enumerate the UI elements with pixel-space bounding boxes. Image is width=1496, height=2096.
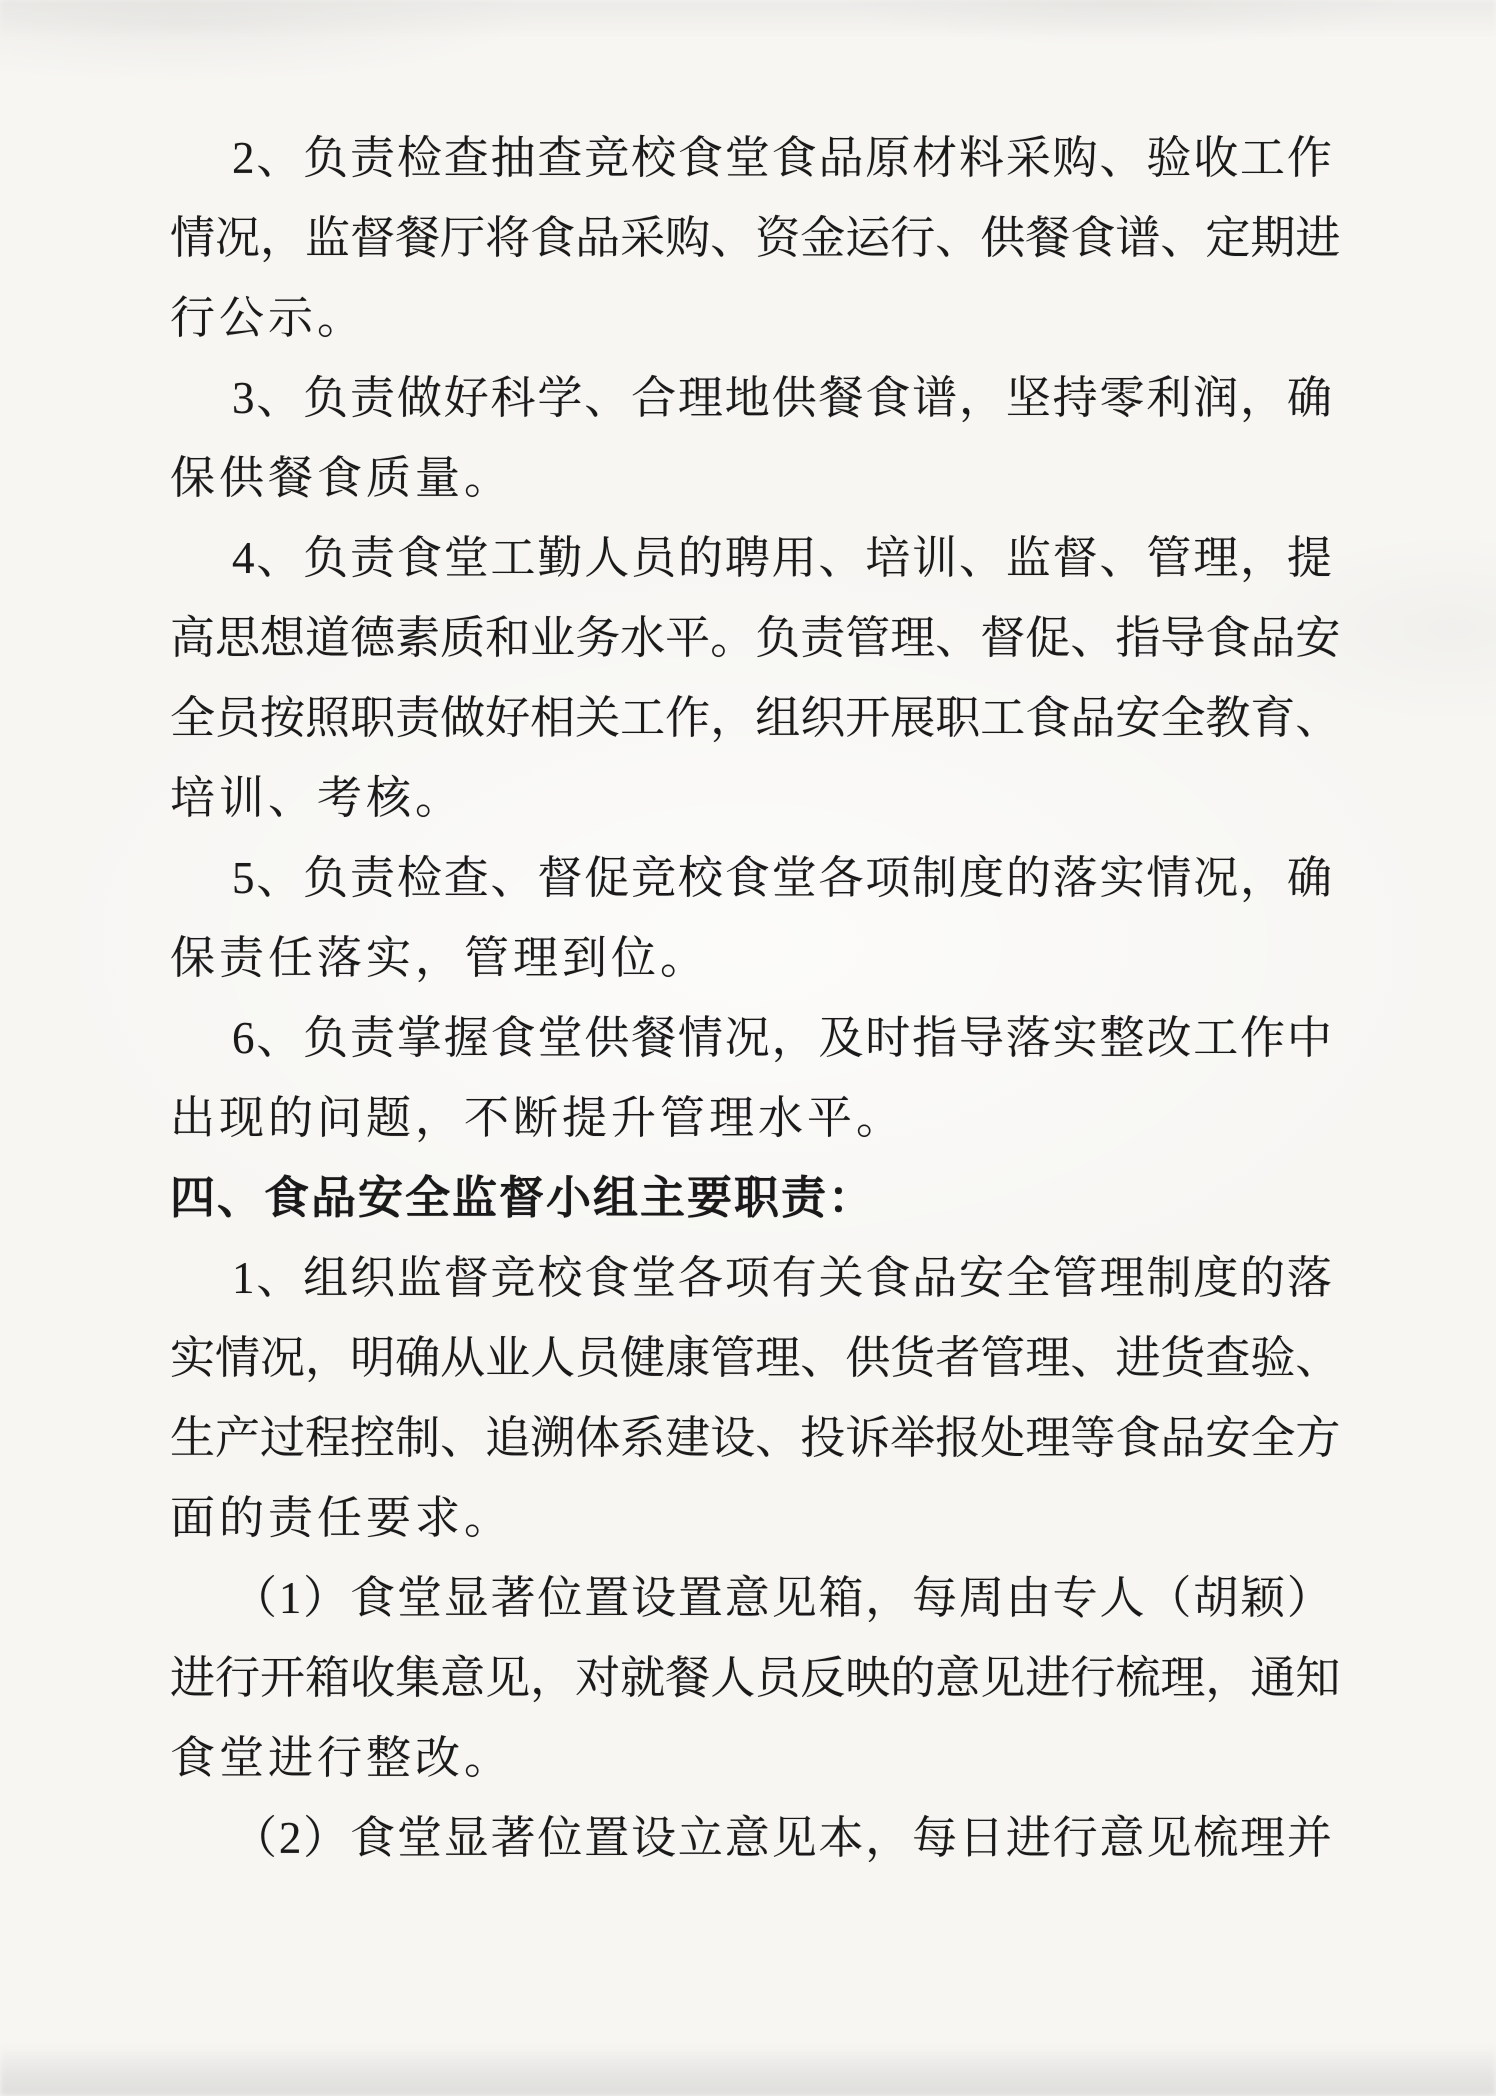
text-line: 食堂进行整改。 — [170, 1718, 1332, 1798]
text-line: 进行开箱收集意见，对就餐人员反映的意见进行梳理，通知 — [170, 1638, 1332, 1718]
text-line: 高思想道德素质和业务水平。负责管理、督促、指导食品安 — [170, 598, 1332, 678]
text-line: 保责任落实，管理到位。 — [170, 918, 1332, 998]
paragraph: （2）食堂显著位置设立意见本，每日进行意见梳理并 — [170, 1798, 1332, 1878]
text-line: 1、组织监督竞校食堂各项有关食品安全管理制度的落 — [170, 1238, 1332, 1318]
text-line: 出现的问题，不断提升管理水平。 — [170, 1078, 1332, 1158]
text-line: 5、负责检查、督促竞校食堂各项制度的落实情况，确 — [170, 838, 1332, 918]
text-line: 4、负责食堂工勤人员的聘用、培训、监督、管理，提 — [170, 518, 1332, 598]
document-content: 2、负责检查抽查竞校食堂食品原材料采购、验收工作情况，监督餐厅将食品采购、资金运… — [170, 118, 1332, 1878]
section-heading: 四、食品安全监督小组主要职责： — [170, 1158, 1332, 1238]
text-line: 6、负责掌握食堂供餐情况，及时指导落实整改工作中 — [170, 998, 1332, 1078]
text-line: 3、负责做好科学、合理地供餐食谱，坚持零利润，确 — [170, 358, 1332, 438]
text-line: 情况，监督餐厅将食品采购、资金运行、供餐食谱、定期进 — [170, 198, 1332, 278]
text-line: 培训、考核。 — [170, 758, 1332, 838]
text-line: （2）食堂显著位置设立意见本，每日进行意见梳理并 — [170, 1798, 1332, 1878]
scan-artifact-bottom — [0, 2044, 1496, 2096]
paragraph: 6、负责掌握食堂供餐情况，及时指导落实整改工作中出现的问题，不断提升管理水平。 — [170, 998, 1332, 1158]
paragraph: 4、负责食堂工勤人员的聘用、培训、监督、管理，提高思想道德素质和业务水平。负责管… — [170, 518, 1332, 838]
text-line: 生产过程控制、追溯体系建设、投诉举报处理等食品安全方 — [170, 1398, 1332, 1478]
text-line: （1）食堂显著位置设置意见箱，每周由专人（胡颖） — [170, 1558, 1332, 1638]
text-line: 面的责任要求。 — [170, 1478, 1332, 1558]
paragraph: （1）食堂显著位置设置意见箱，每周由专人（胡颖）进行开箱收集意见，对就餐人员反映… — [170, 1558, 1332, 1798]
text-line: 2、负责检查抽查竞校食堂食品原材料采购、验收工作 — [170, 118, 1332, 198]
text-line: 保供餐食质量。 — [170, 438, 1332, 518]
scan-artifact-top — [0, 0, 1496, 40]
text-line: 行公示。 — [170, 278, 1332, 358]
text-line: 实情况，明确从业人员健康管理、供货者管理、进货查验、 — [170, 1318, 1332, 1398]
heading-line: 四、食品安全监督小组主要职责： — [170, 1158, 1332, 1238]
text-line: 全员按照职责做好相关工作，组织开展职工食品安全教育、 — [170, 678, 1332, 758]
paragraph: 3、负责做好科学、合理地供餐食谱，坚持零利润，确保供餐食质量。 — [170, 358, 1332, 518]
paragraph: 1、组织监督竞校食堂各项有关食品安全管理制度的落实情况，明确从业人员健康管理、供… — [170, 1238, 1332, 1558]
document-page: 2、负责检查抽查竞校食堂食品原材料采购、验收工作情况，监督餐厅将食品采购、资金运… — [0, 0, 1496, 2096]
paragraph: 2、负责检查抽查竞校食堂食品原材料采购、验收工作情况，监督餐厅将食品采购、资金运… — [170, 118, 1332, 358]
paragraph: 5、负责检查、督促竞校食堂各项制度的落实情况，确保责任落实，管理到位。 — [170, 838, 1332, 998]
